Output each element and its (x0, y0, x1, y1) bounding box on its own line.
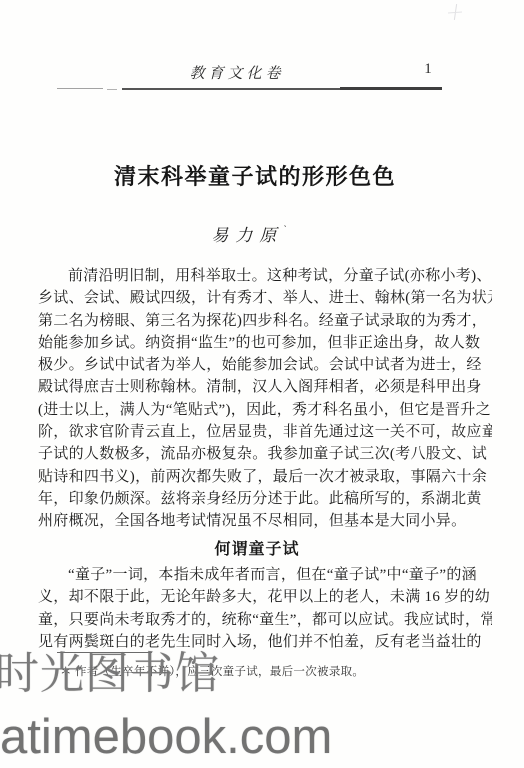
text-line: 前清沿明旧制，用科举取士。这种考试，分童子试(亦称小考)、 (38, 265, 492, 287)
text-line: 年，印象仍颇深。兹将亲身经历分述于此。此稿所写的，系湖北黄 (38, 488, 492, 510)
header-rule-segment (107, 89, 117, 90)
page-number: 1 (418, 61, 438, 78)
text-line: 子试的人数极多，流品亦极复杂。我参加童子试三次(考八股文、试 (38, 443, 492, 465)
text-line: “童子”一词，本指未成年者而言，但在“童子试”中“童子”的涵 (38, 564, 492, 586)
text-line: (进士以上，满人为“笔贴式”)，因此，秀才科名虽小，但它是晋升之 (38, 399, 492, 421)
text-line: 第二名为榜眼、第三名为探花)四步科名。经童子试录取的为秀才， (38, 310, 492, 332)
text-line: 州府概况，全国各地考试情况虽不尽相同，但基本是大同小异。 (38, 510, 492, 532)
text-line: 童，只要尚未考取秀才的，统称“童生”，都可以应试。我应试时，常 (38, 609, 492, 631)
watermark-website: atimebook.com (0, 710, 332, 764)
article-title: 清末科举童子试的形形色色 (0, 160, 510, 191)
text-line: 义，却不限于此，无论年龄多大，花甲以上的老人，未满 16 岁的幼 (38, 586, 492, 608)
text-line: 阶，欲求官阶青云直上，位居显贵，非首先通过这一关不可，故应童 (38, 421, 492, 443)
header-rule-segment (340, 87, 442, 90)
running-header-title: 教育文化卷 (0, 62, 474, 83)
text-line: 始能参加乡试。纳资捐“监生”的也可参加，但非正途出身，故人数 (38, 332, 492, 354)
scanned-book-page: 教育文化卷 1 清末科举童子试的形形色色 易力原ˋ 前清沿明旧制，用科举取士。这… (0, 0, 524, 768)
text-line: 贴诗和四书义)，前两次都失败了，最后一次才被录取，事隔六十余 (38, 466, 492, 488)
header-rule-segment (122, 88, 340, 90)
paragraph-2: “童子”一词，本指未成年者而言，但在“童子试”中“童子”的涵义，却不限于此，无论… (38, 564, 492, 653)
author-name: 易力原 (211, 226, 283, 245)
watermark-library-name: 时光图书馆 (0, 648, 220, 700)
section-heading: 何谓童子试 (0, 536, 514, 559)
text-line: 极少。乡试中试者为举人，始能参加会试。会试中试者为进士，经 (38, 354, 492, 376)
author-footnote-mark: ˋ (283, 225, 286, 236)
scan-artifact (448, 4, 464, 22)
text-line: 殿试得庶吉士则称翰林。清制，汉人入阁拜相者，必须是科甲出身 (38, 376, 492, 398)
paragraph-1: 前清沿明旧制，用科举取士。这种考试，分童子试(亦称小考)、乡试、会试、殿试四级，… (38, 265, 492, 533)
header-rule-segment (57, 88, 103, 89)
text-line: 乡试、会试、殿试四级，计有秀才、举人、进士、翰林(第一名为状元、 (38, 287, 492, 309)
article-author: 易力原ˋ (0, 221, 498, 246)
